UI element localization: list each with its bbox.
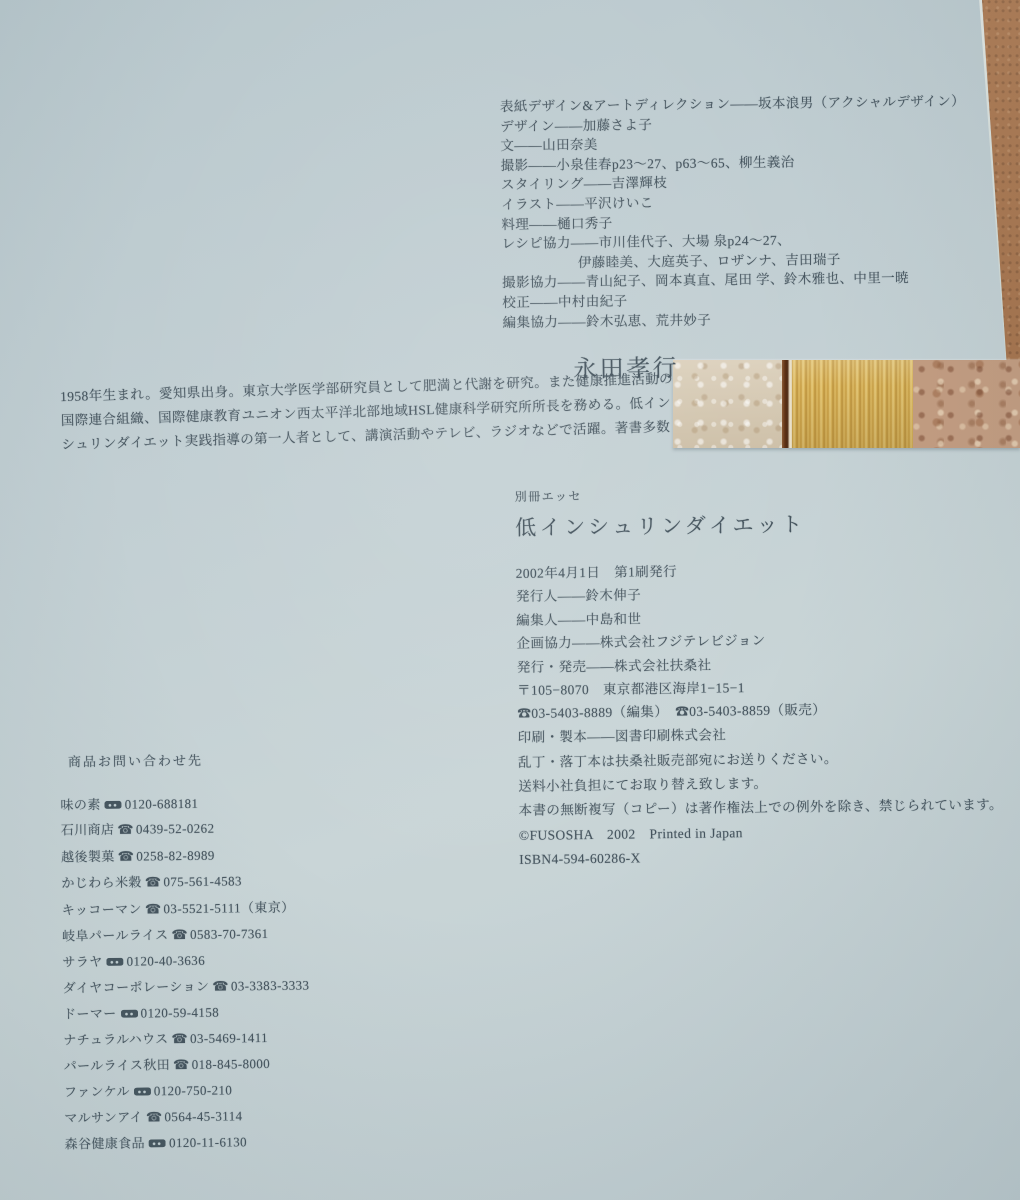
freedial-icon (121, 1010, 138, 1018)
contact-item: 岐阜パールライス☎0583-70-7361 (62, 921, 309, 950)
contact-name: ダイヤコーポレーション (63, 979, 210, 996)
contact-number: 0564-45-3114 (164, 1108, 242, 1124)
contact-item: パールライス秋田☎018-845-8000 (64, 1051, 311, 1080)
notices-block: 乱丁・落丁本は扶桑社販売部宛にお送りください。 送料小社負担にてお取り替え致しま… (518, 745, 1004, 872)
freedial-icon (105, 801, 122, 809)
phone-icon: ☎ (118, 849, 135, 864)
isbn-line: ISBN4-594-60286-X (519, 842, 1004, 872)
contact-item: かじわら米穀☎075-561-4583 (61, 868, 308, 897)
contact-name: サラヤ (62, 954, 102, 969)
contact-item: ドーマー0120-59-4158 (63, 999, 310, 1027)
contact-item: 越後製菓☎0258-82-8989 (61, 841, 308, 870)
author-bio: 1958年生まれ。愛知県出身。東京大学医学部研究員として肥満と代謝を研究。また健… (60, 366, 712, 457)
contact-number: 0120-40-3636 (127, 953, 206, 969)
phone-icon: ☎ (212, 979, 229, 994)
contact-item: 味の素0120-688181 (60, 789, 307, 817)
contact-item: ダイヤコーポレーション☎03-3383-3333 (63, 972, 310, 1001)
contacts-header: 商品お問い合わせ先 (68, 750, 203, 771)
contact-name: 味の素 (60, 797, 100, 812)
contact-number: 03-5469-1411 (190, 1030, 268, 1046)
contact-number: 03-3383-3333 (231, 977, 310, 993)
contact-number: 0120-750-210 (154, 1083, 233, 1099)
series-label: 別冊エッセ (515, 484, 824, 505)
contact-item: マルサンアイ☎0564-45-3114 (64, 1102, 311, 1131)
contact-item: 森谷健康食品0120-11-6130 (64, 1129, 311, 1157)
contact-number: 0258-82-8989 (136, 847, 215, 863)
phone-icon: ☎ (171, 928, 188, 943)
contact-name: 森谷健康食品 (65, 1136, 146, 1152)
book-title: 低インシュリンダイエット (515, 508, 824, 542)
phone-icon: ☎ (171, 1032, 188, 1047)
contact-name: 岐阜パールライス (62, 927, 169, 943)
printed-content: 表紙デザイン&アートディレクション——坂本浪男（アクシャルデザイン） デザイン—… (0, 0, 1020, 1200)
phone-icon: ☎ (145, 875, 162, 890)
contact-name: ファンケル (64, 1084, 130, 1100)
phone-icon: ☎ (146, 1110, 163, 1125)
contact-item: ファンケル0120-750-210 (64, 1077, 311, 1105)
phone-icon: ☎ (173, 1058, 190, 1073)
contact-name: ナチュラルハウス (63, 1031, 168, 1047)
contact-number: 0120-688181 (125, 796, 199, 812)
contact-number: 018-845-8000 (192, 1056, 271, 1072)
credits-block: 表紙デザイン&アートディレクション——坂本浪男（アクシャルデザイン） デザイン—… (500, 91, 968, 332)
contact-name: 石川商店 (61, 822, 115, 838)
phone-icon: ☎ (117, 823, 134, 838)
contact-name: ドーマー (63, 1006, 117, 1022)
contact-number: 0120-11-6130 (169, 1135, 247, 1151)
publication-line: 印刷・製本——図書印刷株式会社 (518, 722, 827, 749)
freedial-icon (149, 1140, 166, 1148)
contact-item: サラヤ0120-40-3636 (62, 947, 309, 975)
book-colophon-photo: 表紙デザイン&アートディレクション——坂本浪男（アクシャルデザイン） デザイン—… (0, 0, 1020, 1200)
contact-name: キッコーマン (62, 901, 142, 917)
contact-number: 0120-59-4158 (141, 1005, 220, 1021)
contact-number: 03-5521-5111（東京） (163, 899, 294, 916)
contact-name: マルサンアイ (64, 1109, 143, 1125)
contact-name: 越後製菓 (61, 849, 115, 865)
contact-name: かじわら米穀 (61, 875, 142, 891)
contact-name: パールライス秋田 (64, 1057, 171, 1073)
contact-number: 0583-70-7361 (190, 926, 269, 942)
publication-block: 別冊エッセ 低インシュリンダイエット 2002年4月1日 第1刷発行 発行人——… (515, 484, 827, 749)
publisher-phones: ☎03-5403-8889（編集） ☎03-5403-8859（販売） (517, 699, 826, 726)
contact-item: キッコーマン☎03-5521-5111（東京） (62, 894, 309, 923)
freedial-icon (134, 1088, 151, 1096)
phone-icon: ☎ (145, 902, 162, 917)
contact-item: 石川商店☎0439-52-0262 (61, 815, 308, 844)
contact-number: 0439-52-0262 (136, 821, 215, 837)
contact-number: 075-561-4583 (163, 874, 242, 890)
contact-item: ナチュラルハウス☎03-5469-1411 (63, 1024, 310, 1053)
freedial-icon (107, 958, 124, 966)
contacts-list: 味の素0120-688181 石川商店☎0439-52-0262 越後製菓☎02… (60, 789, 311, 1157)
